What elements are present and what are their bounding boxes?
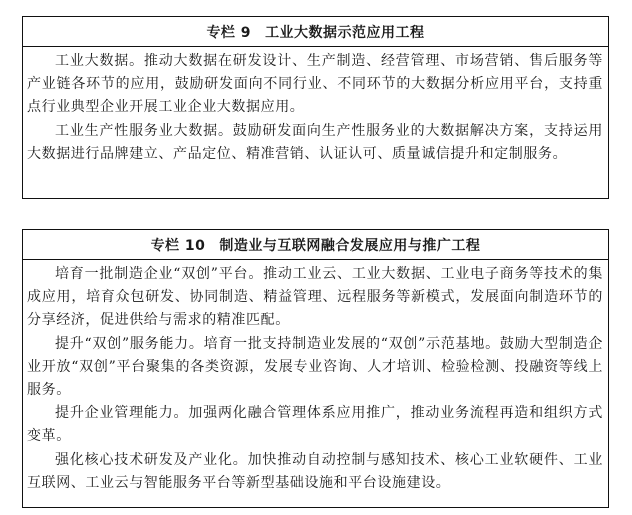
box-10-header: 专栏 10 制造业与互联网融合发展应用与推广工程 [23, 230, 608, 260]
box-10-paragraph-2: 提升“双创”服务能力。培育一批支持制造业发展的“双创”示范基地。鼓励大型制造企业… [27, 333, 603, 403]
sidebar-box-9: 专栏 9 工业大数据示范应用工程 工业大数据。推动大数据在研发设计、生产制造、经… [22, 16, 609, 199]
box-9-label: 专栏 9 [206, 22, 251, 42]
box-10-paragraph-4: 强化核心技术研发及产业化。加快推动自动控制与感知技术、核心工业软硬件、工业互联网… [27, 449, 603, 495]
box-10-paragraph-3: 提升企业管理能力。加强两化融合管理体系应用推广，推动业务流程再造和组织方式变革。 [27, 402, 603, 448]
box-9-header: 专栏 9 工业大数据示范应用工程 [23, 17, 608, 47]
sidebar-box-10: 专栏 10 制造业与互联网融合发展应用与推广工程 培育一批制造企业“双创”平台。… [22, 229, 609, 508]
box-10-body: 培育一批制造企业“双创”平台。推动工业云、工业大数据、工业电子商务等技术的集成应… [23, 260, 608, 495]
box-9-body: 工业大数据。推动大数据在研发设计、生产制造、经营管理、市场营销、售后服务等产业链… [23, 47, 608, 166]
box-10-title: 制造业与互联网融合发展应用与推广工程 [219, 235, 480, 255]
box-9-title: 工业大数据示范应用工程 [265, 22, 425, 42]
box-10-paragraph-1: 培育一批制造企业“双创”平台。推动工业云、工业大数据、工业电子商务等技术的集成应… [27, 263, 603, 333]
box-9-paragraph-1: 工业大数据。推动大数据在研发设计、生产制造、经营管理、市场营销、售后服务等产业链… [27, 50, 603, 120]
box-10-label: 专栏 10 [151, 235, 206, 255]
box-9-paragraph-2: 工业生产性服务业大数据。鼓励研发面向生产性服务业的大数据解决方案，支持运用大数据… [27, 120, 603, 166]
